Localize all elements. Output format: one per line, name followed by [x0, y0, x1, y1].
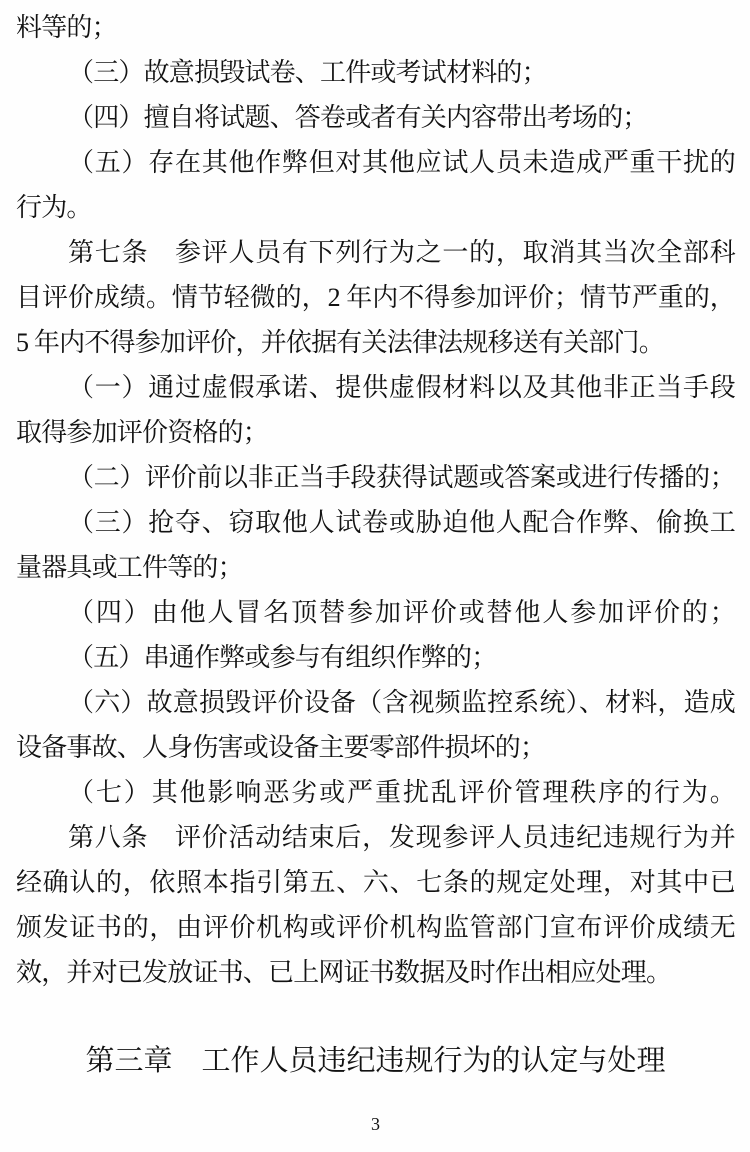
text-line: （四）由他人冒名顶替参加评价或替他人参加评价的；	[16, 590, 735, 635]
text-line: （三）抢夺、窃取他人试卷或胁迫他人配合作弊、偷换工	[16, 500, 735, 545]
body-text: 料等的；（三）故意损毁试卷、工件或考试材料的；（四）擅自将试题、答卷或者有关内容…	[16, 5, 735, 995]
page-number: 3	[16, 1112, 735, 1136]
text-line: 经确认的，依照本指引第五、六、七条的规定处理，对其中已	[16, 860, 735, 905]
text-line: （五）存在其他作弊但对其他应试人员未造成严重干扰的	[16, 140, 735, 185]
text-line: （六）故意损毁评价设备（含视频监控系统）、材料，造成	[16, 680, 735, 725]
text-line: 目评价成绩。情节轻微的，2 年内不得参加评价；情节严重的，	[16, 275, 735, 320]
document-page: 料等的；（三）故意损毁试卷、工件或考试材料的；（四）擅自将试题、答卷或者有关内容…	[0, 0, 750, 1152]
text-line: （五）串通作弊或参与有组织作弊的；	[16, 635, 735, 680]
text-line: （三）故意损毁试卷、工件或考试材料的；	[16, 50, 735, 95]
text-line: 第七条 参评人员有下列行为之一的，取消其当次全部科	[16, 230, 735, 275]
text-line: （一）通过虚假承诺、提供虚假材料以及其他非正当手段	[16, 365, 735, 410]
text-line: 料等的；	[16, 5, 735, 50]
text-line: 5 年内不得参加评价，并依据有关法律法规移送有关部门。	[16, 320, 735, 365]
text-line: 设备事故、人身伤害或设备主要零部件损坏的；	[16, 725, 735, 770]
text-line: 效，并对已发放证书、已上网证书数据及时作出相应处理。	[16, 950, 735, 995]
text-line: （二）评价前以非正当手段获得试题或答案或进行传播的；	[16, 455, 735, 500]
page-content: 料等的；（三）故意损毁试卷、工件或考试材料的；（四）擅自将试题、答卷或者有关内容…	[0, 0, 750, 1152]
text-line: 取得参加评价资格的；	[16, 410, 735, 455]
text-line: 量器具或工件等的；	[16, 545, 735, 590]
text-line: （七）其他影响恶劣或严重扰乱评价管理秩序的行为。	[16, 770, 735, 815]
text-line: 第八条 评价活动结束后，发现参评人员违纪违规行为并	[16, 815, 735, 860]
text-line: 颁发证书的，由评价机构或评价机构监管部门宣布评价成绩无	[16, 905, 735, 950]
chapter-heading: 第三章 工作人员违纪违规行为的认定与处理	[16, 1039, 735, 1084]
text-line: 行为。	[16, 185, 735, 230]
text-line: （四）擅自将试题、答卷或者有关内容带出考场的；	[16, 95, 735, 140]
